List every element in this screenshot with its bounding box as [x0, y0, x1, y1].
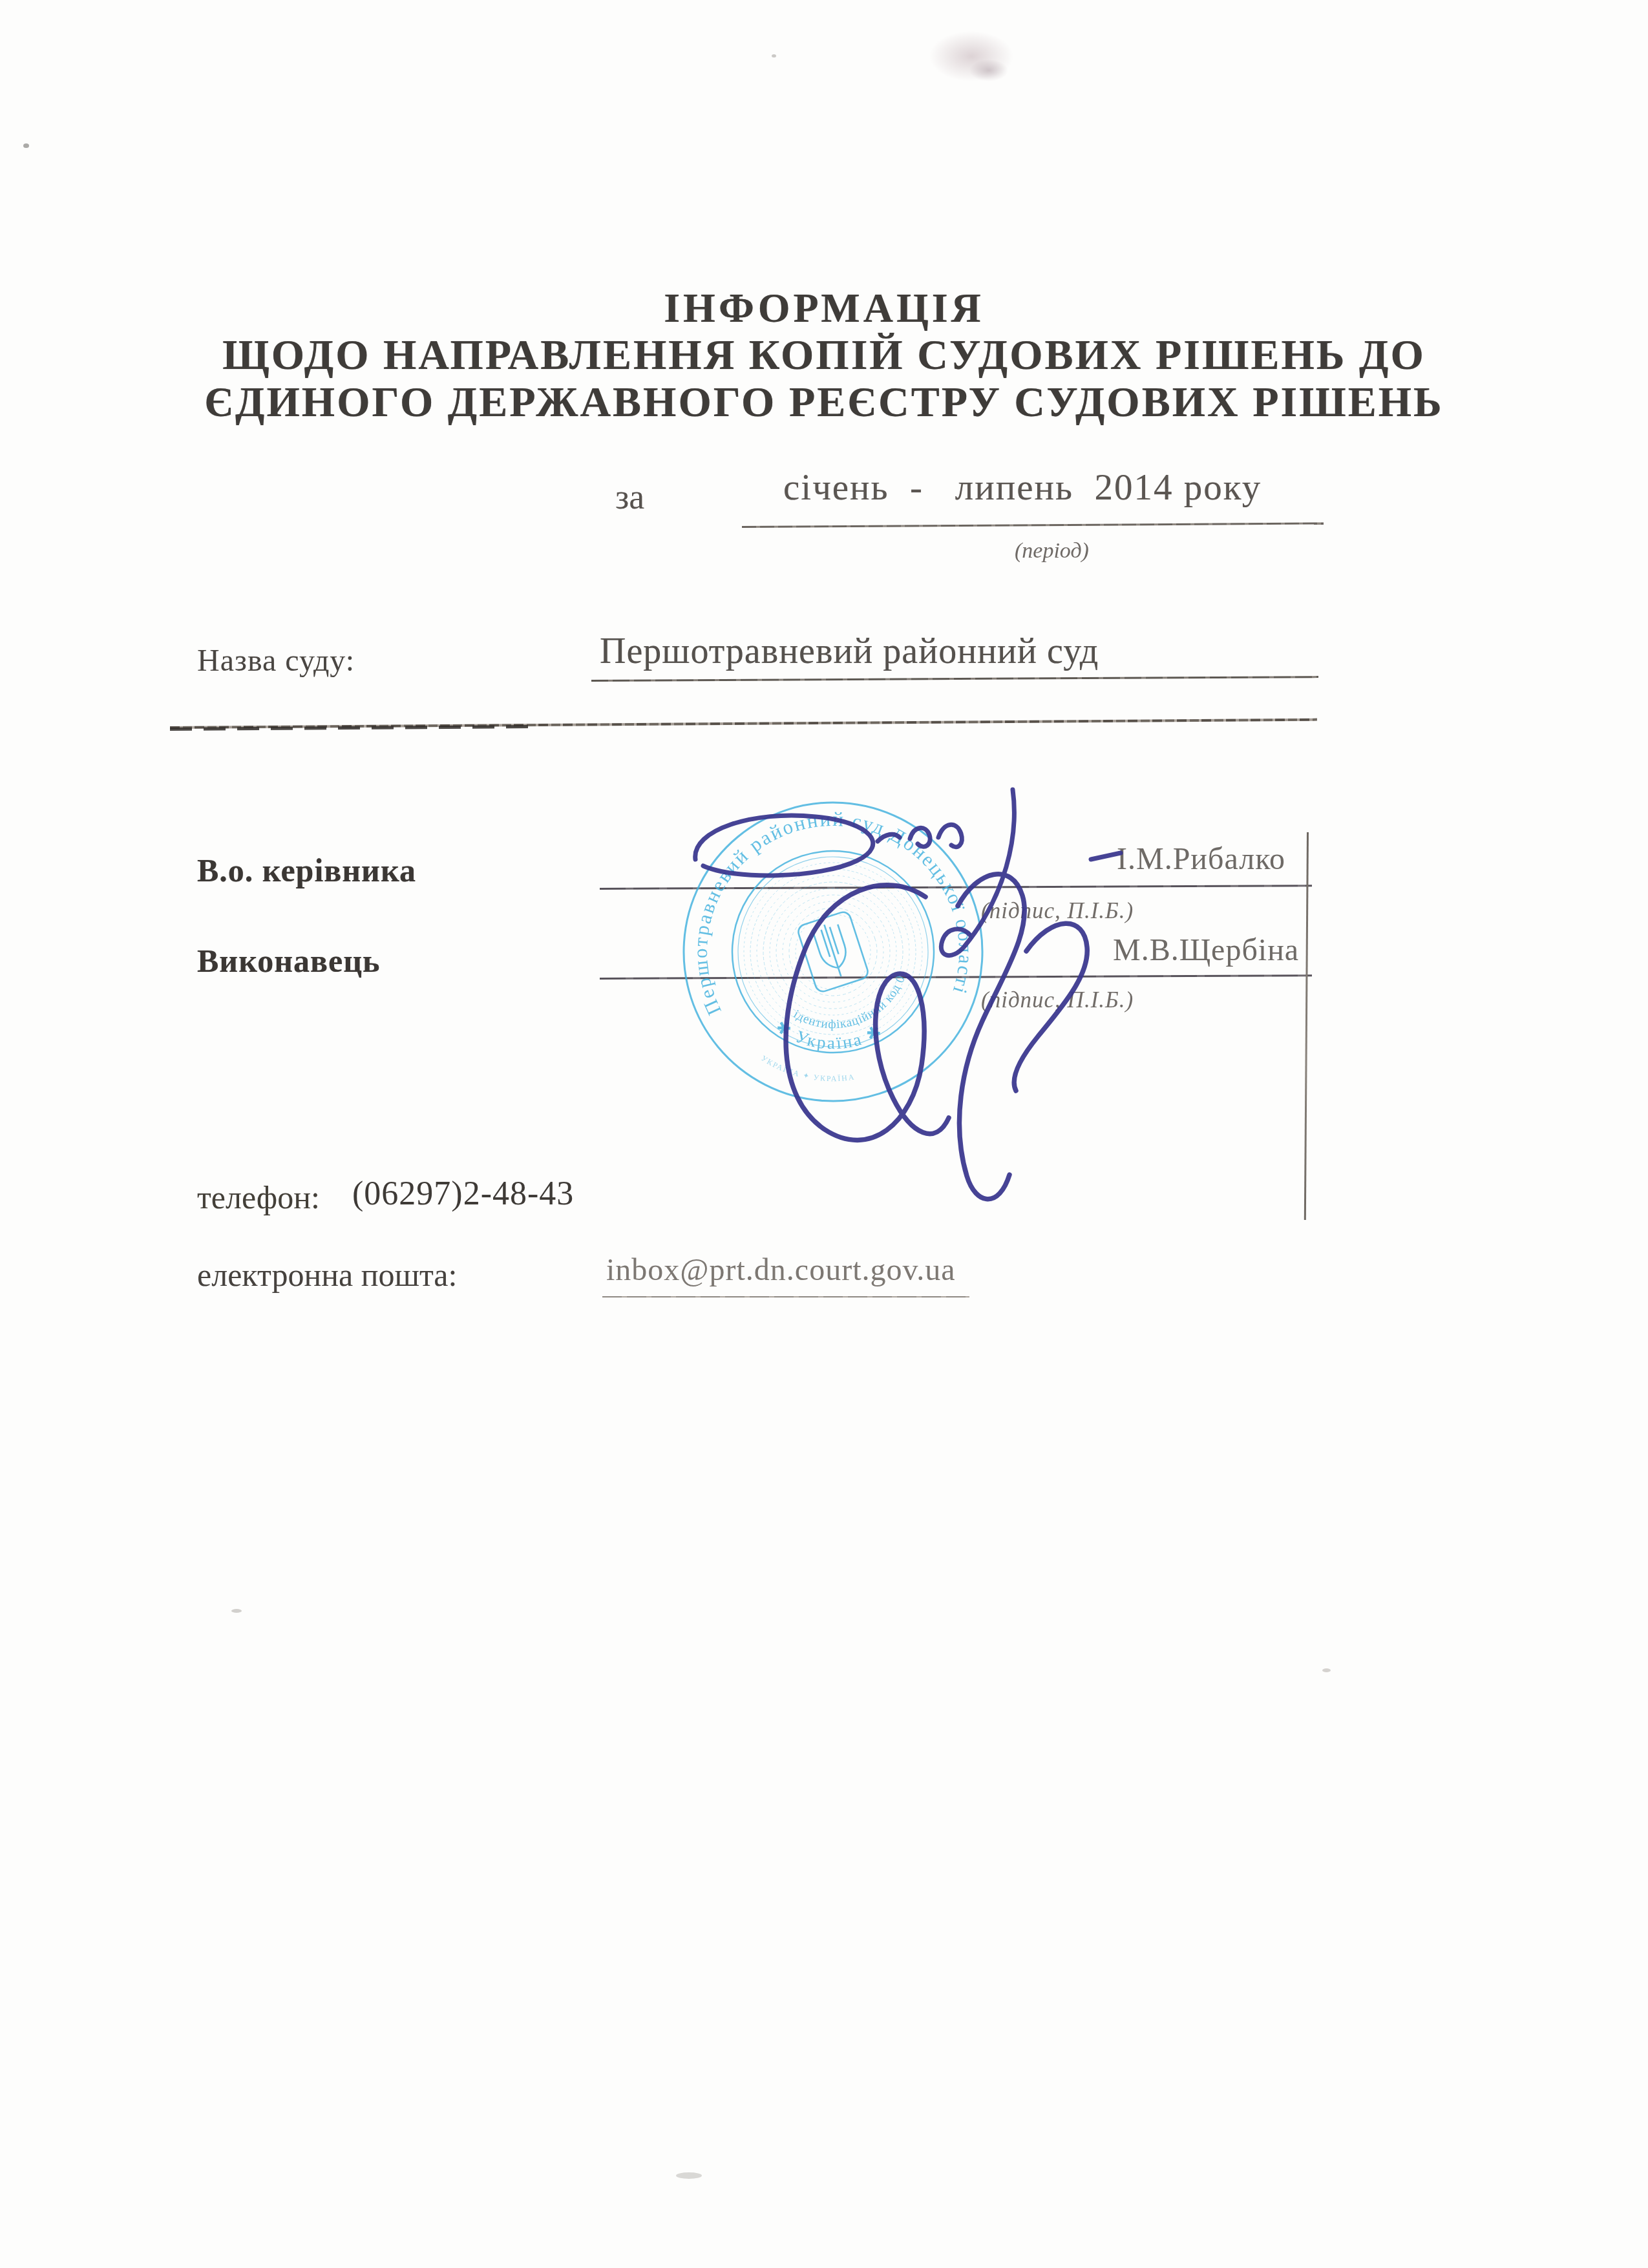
email-underline: [602, 1296, 969, 1297]
court-name-value: Першотравневий районний суд: [600, 631, 1099, 672]
scan-smudge: [969, 59, 1008, 81]
email-label: електронна пошта:: [197, 1256, 457, 1294]
signature-executor: [786, 874, 1087, 1199]
court-name-underline: [591, 676, 1318, 682]
title-line-1: ІНФОРМАЦІЯ: [0, 284, 1648, 331]
scan-speck: [676, 2172, 702, 2179]
scanned-document-page: ІНФОРМАЦІЯ ЩОДО НАПРАВЛЕННЯ КОПІЙ СУДОВИ…: [0, 0, 1648, 2268]
right-vertical-rule: [1304, 832, 1309, 1220]
period-underline: [742, 523, 1324, 528]
period-value: січень - липень 2014 року: [783, 467, 1262, 509]
scan-speck: [231, 1609, 242, 1613]
handwritten-signatures: [672, 762, 1202, 1254]
court-name-label: Назва суду:: [197, 643, 355, 678]
signatory-role: В.о. керівника: [197, 852, 416, 889]
signature-director: [695, 790, 1121, 956]
title-line-2: ЩОДО НАПРАВЛЕННЯ КОПІЙ СУДОВИХ РІШЕНЬ ДО: [0, 331, 1648, 379]
title-line-3: ЄДИНОГО ДЕРЖАВНОГО РЕЄСТРУ СУДОВИХ РІШЕН…: [0, 379, 1648, 426]
period-caption: (період): [1015, 539, 1089, 563]
signatory-role: Виконавець: [197, 942, 381, 980]
email-value: inbox@prt.dn.court.gov.ua: [606, 1252, 956, 1288]
scan-speck: [23, 143, 29, 148]
scan-speck: [772, 54, 776, 58]
document-title: ІНФОРМАЦІЯ ЩОДО НАПРАВЛЕННЯ КОПІЙ СУДОВИ…: [0, 284, 1648, 426]
scan-speck: [1322, 1668, 1331, 1672]
phone-label: телефон:: [197, 1179, 320, 1216]
phone-value: (06297)2-48-43: [352, 1175, 574, 1213]
period-prefix-label: за: [615, 477, 644, 517]
